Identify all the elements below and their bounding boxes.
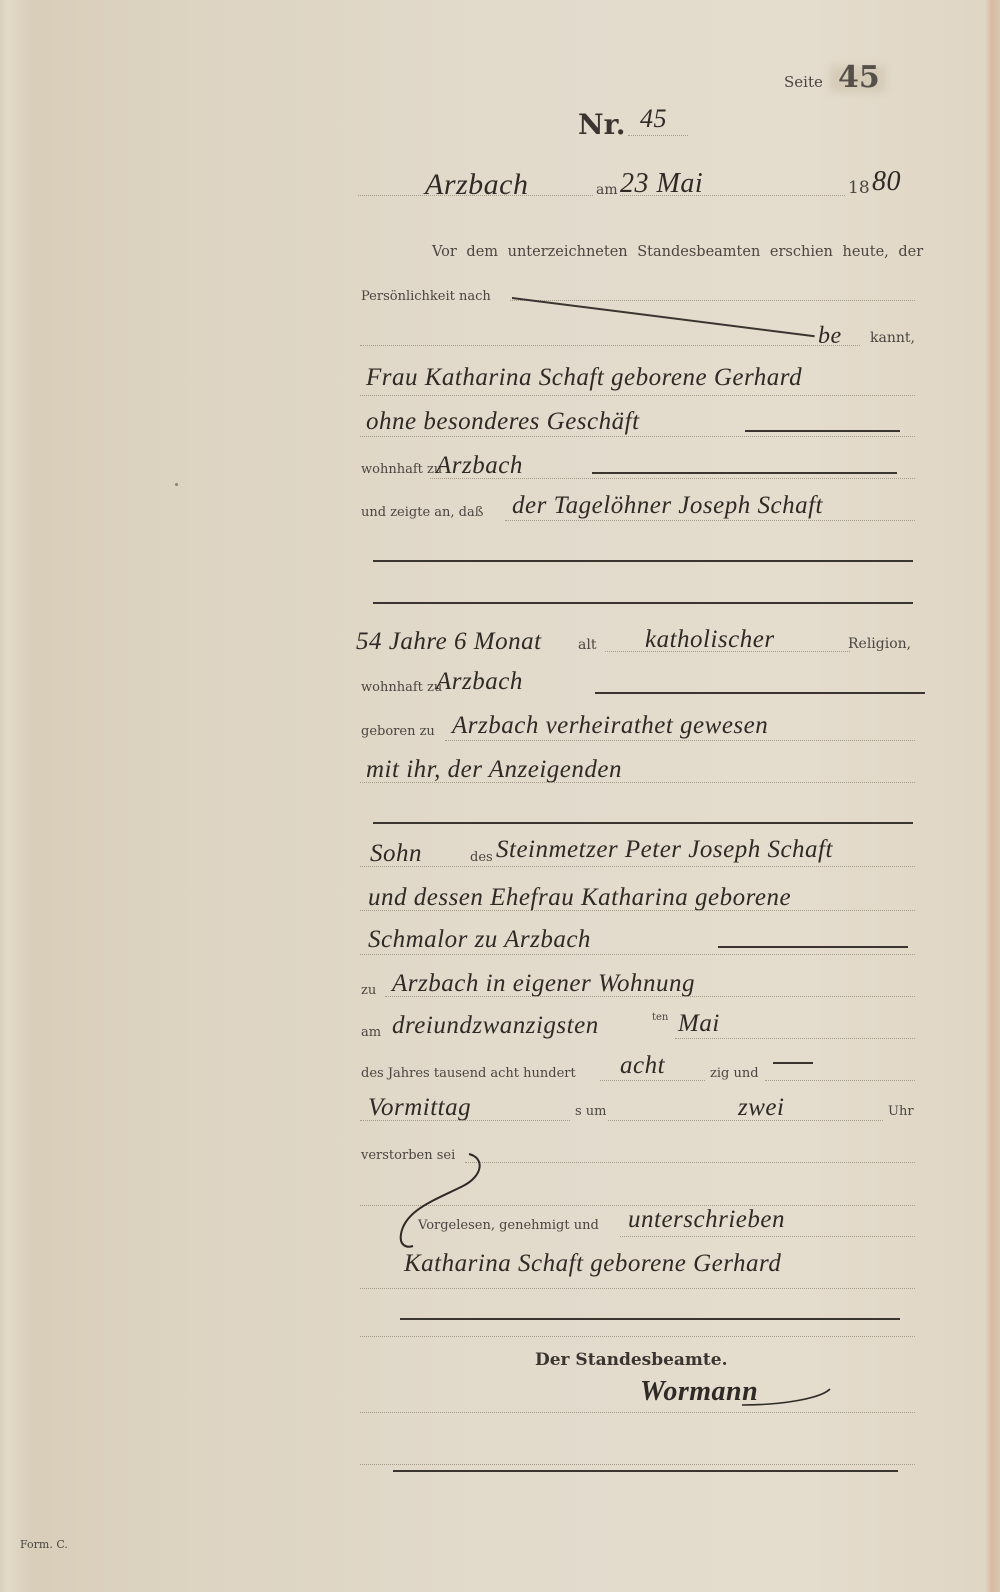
paper-speck: [175, 483, 178, 486]
record-number: 45: [640, 104, 667, 134]
fill-rule: [373, 560, 913, 562]
signature-flourish: [740, 1385, 840, 1409]
dotted-line: [360, 866, 915, 867]
page-label: Seite: [784, 73, 823, 91]
father-name: Steinmetzer Peter Joseph Schaft: [496, 836, 833, 864]
zig-label: zig und: [710, 1066, 759, 1081]
dotted-line: [360, 1120, 570, 1121]
deceased-age: 54 Jahre 6 Monat: [356, 628, 542, 656]
deceased-birth-place: Arzbach verheirathet gewesen: [452, 712, 768, 740]
dotted-line: [360, 395, 915, 396]
death-year-tens: acht: [620, 1052, 665, 1080]
deceased-residence: Arzbach: [436, 668, 523, 696]
dotted-line: [360, 910, 915, 911]
dotted-line: [360, 954, 915, 955]
kannt-label: kannt,: [870, 330, 915, 346]
dotted-line: [465, 1162, 915, 1163]
informant-occupation: ohne besonderes Geschäft: [366, 408, 640, 436]
dotted-line: [600, 1080, 705, 1081]
dotted-line: [360, 782, 915, 783]
dotted-line: [510, 300, 915, 301]
religion-label: Religion,: [848, 636, 911, 652]
mother-line-2: Schmalor zu Arzbach: [368, 926, 591, 954]
registry-page: Seite 45 Nr. 45 Arzbach am 23 Mai 18 80 …: [0, 0, 1000, 1592]
deceased-residence-label: wohnhaft zu: [361, 680, 442, 695]
death-place: Arzbach in eigener Wohnung: [392, 970, 695, 998]
death-year-label: des Jahres tausend acht hundert: [361, 1066, 576, 1081]
persoenlichkeit-label: Persönlichkeit nach: [361, 289, 491, 304]
fill-rule: [773, 1062, 813, 1064]
son-of: Sohn: [370, 840, 422, 868]
bracket-flourish: [385, 1148, 495, 1258]
age-label: alt: [578, 637, 596, 653]
fill-rule: [592, 472, 897, 474]
fill-rule: [400, 1318, 900, 1320]
registry-place: Arzbach: [425, 168, 529, 202]
dotted-line: [675, 1038, 915, 1039]
dotted-line: [605, 651, 850, 652]
time-of-day: Vormittag: [368, 1094, 471, 1122]
dotted-line: [765, 1080, 915, 1081]
death-day: dreiundzwanzigsten: [392, 1012, 599, 1040]
birth-label: geboren zu: [361, 724, 435, 739]
death-hour: zwei: [738, 1094, 784, 1122]
deceased-religion: katholischer: [645, 626, 775, 654]
dotted-line: [620, 195, 845, 196]
year-prefix: 18: [848, 178, 870, 198]
page-number: 45: [838, 60, 880, 95]
deceased-intro: der Tagelöhner Joseph Schaft: [512, 492, 823, 520]
known-handwritten: be: [818, 323, 842, 350]
fill-rule: [393, 1470, 898, 1472]
dotted-line: [445, 740, 915, 741]
dotted-line: [628, 135, 688, 136]
fill-rule: [718, 946, 908, 948]
registrar-title: Der Standesbeamte.: [535, 1350, 728, 1370]
dotted-line: [360, 1288, 915, 1289]
spouse-line: mit ihr, der Anzeigenden: [366, 756, 622, 784]
dotted-line: [505, 520, 915, 521]
mother-line: und dessen Ehefrau Katharina geborene: [368, 884, 791, 912]
uhr-label: Uhr: [888, 1104, 914, 1119]
informant-signature: Katharina Schaft geborene Gerhard: [404, 1250, 781, 1278]
strike-line: [512, 297, 815, 337]
record-label: Nr.: [578, 108, 626, 141]
dotted-line: [430, 478, 915, 479]
signed-word: unterschrieben: [628, 1206, 785, 1234]
residence-label: wohnhaft zu: [361, 462, 442, 477]
read-approved-label: Vorgelesen, genehmigt und: [418, 1218, 599, 1233]
dotted-line: [360, 345, 860, 346]
s-um-label: s um: [575, 1104, 607, 1119]
informant-name: Frau Katharina Schaft geborene Gerhard: [366, 364, 802, 392]
death-place-label: zu: [361, 983, 376, 998]
fill-rule: [595, 692, 925, 694]
form-label: Form. C.: [20, 1538, 68, 1551]
fill-rule: [373, 602, 913, 604]
dotted-line: [360, 1336, 915, 1337]
intro-line: Vor dem unterzeichneten Standesbeamten e…: [432, 244, 923, 260]
fill-rule: [373, 822, 913, 824]
fill-rule: [745, 430, 900, 432]
am-label: am: [596, 182, 618, 198]
death-month: Mai: [678, 1010, 720, 1038]
death-date-label: am: [361, 1025, 381, 1040]
reported-label: und zeigte an, daß: [361, 505, 483, 520]
informant-residence: Arzbach: [436, 452, 523, 480]
dotted-line: [385, 996, 915, 997]
dotted-line: [360, 1464, 915, 1465]
dotted-line: [620, 1236, 915, 1237]
des-label: des: [470, 850, 493, 865]
ten-superscript: ten: [652, 1012, 668, 1023]
year-suffix: 80: [872, 166, 901, 198]
dotted-line: [358, 195, 593, 196]
dotted-line: [360, 436, 915, 437]
dotted-line: [360, 1412, 915, 1413]
